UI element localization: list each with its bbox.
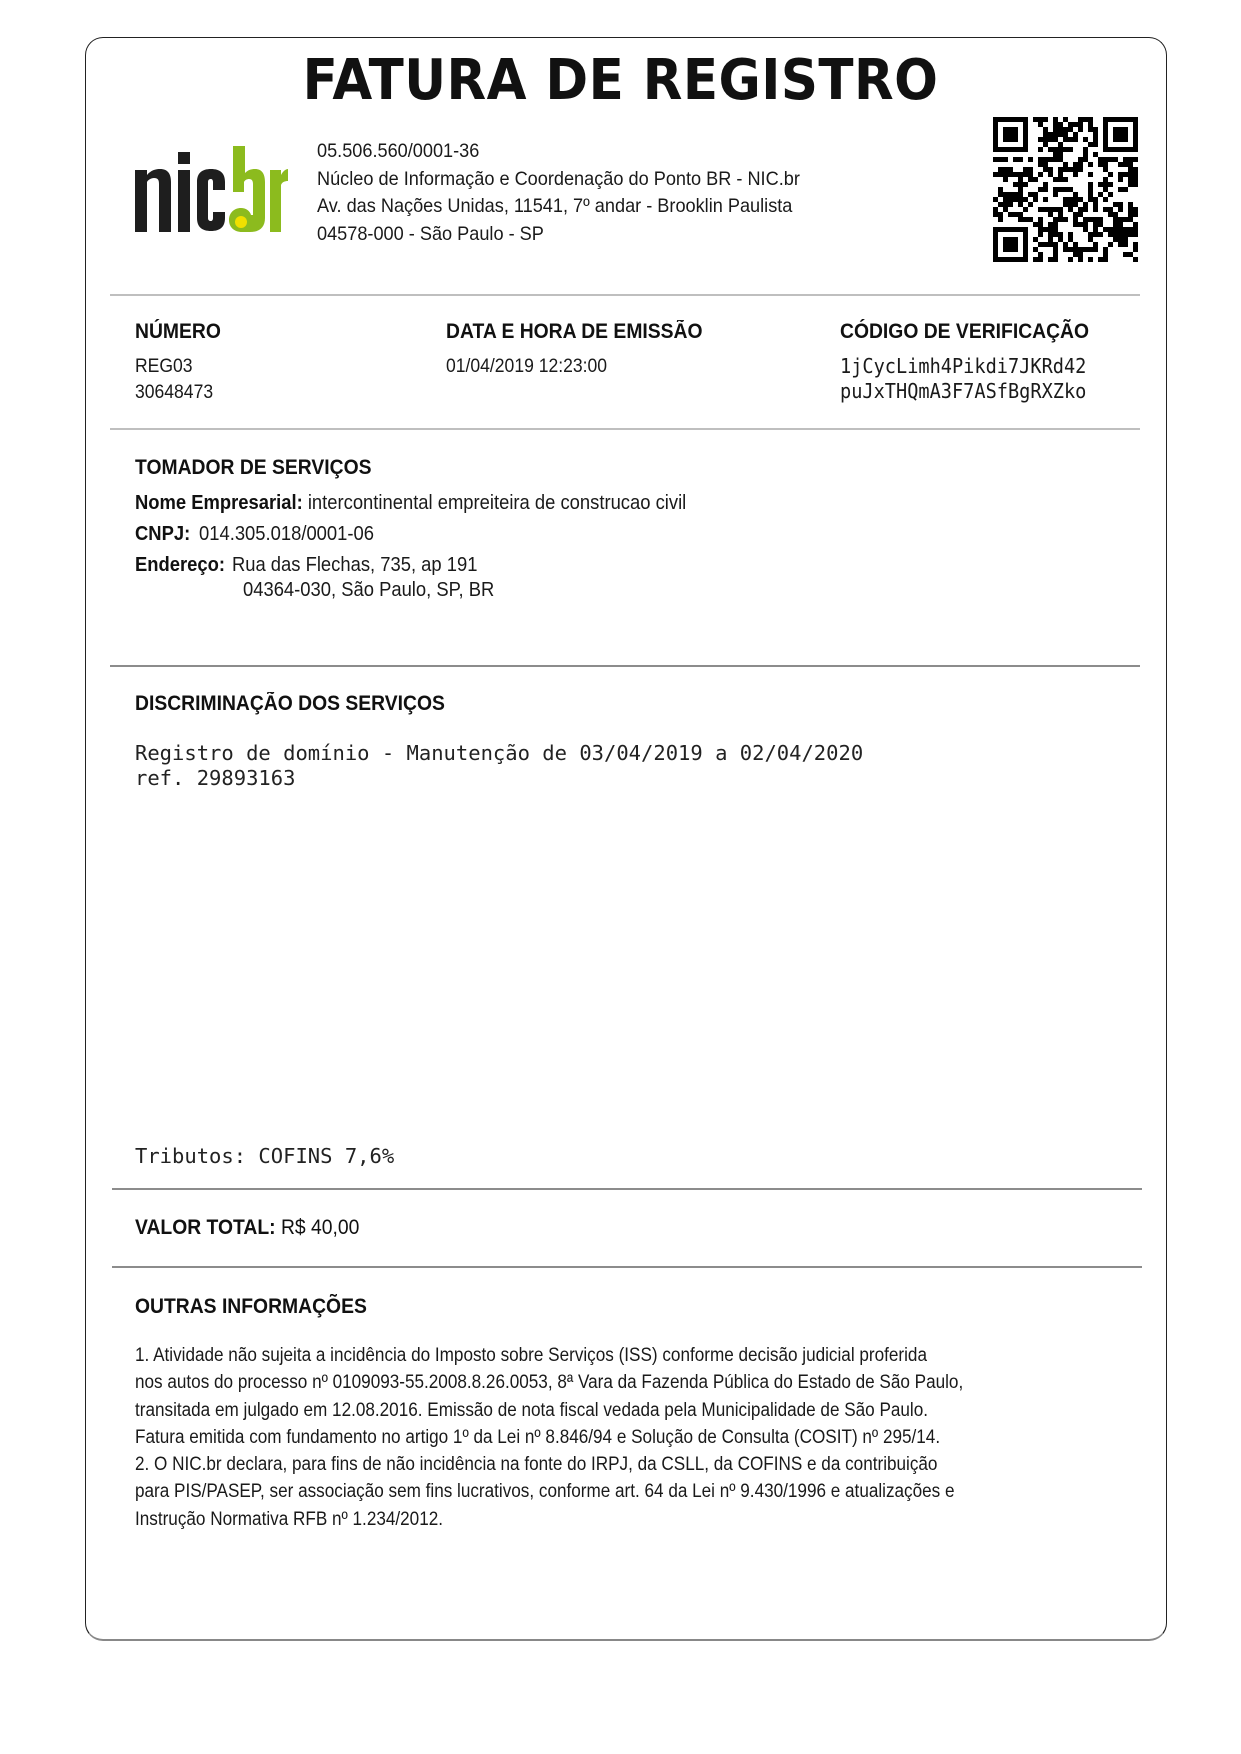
- divider: [110, 428, 1140, 430]
- outras-section-title: OUTRAS INFORMAÇÕES: [135, 1295, 367, 1319]
- codigo-value-line1: 1jCycLimh4Pikdi7JKRd42: [840, 354, 1086, 379]
- note-line: transitada em julgado em 12.08.2016. Emi…: [135, 1397, 1035, 1424]
- tomador-endereco: Endereço: Rua das Flechas, 735, ap 191: [135, 554, 477, 577]
- codigo-label: CÓDIGO DE VERIFICAÇÃO: [840, 320, 1089, 344]
- divider: [110, 294, 1140, 296]
- total-value: R$ 40,00: [281, 1216, 359, 1239]
- outras-informacoes-text: 1. Atividade não sujeita a incidência do…: [135, 1342, 1165, 1533]
- endereco-line2: 04364-030, São Paulo, SP, BR: [243, 579, 494, 602]
- issuer-info: 05.506.560/0001-36 Núcleo de Informação …: [317, 138, 836, 248]
- servico-line2: ref. 29893163: [135, 766, 295, 791]
- document-title: FATURA DE REGISTRO: [50, 46, 1192, 116]
- endereco-label: Endereço:: [135, 554, 225, 576]
- issuer-cnpj: 05.506.560/0001-36: [317, 138, 800, 166]
- numero-value-line2: 30648473: [135, 380, 213, 406]
- note-line: para PIS/PASEP, ser associação sem fins …: [135, 1478, 1035, 1505]
- note-line: nos autos do processo nº 0109093-55.2008…: [135, 1369, 1035, 1396]
- tomador-section-title: TOMADOR DE SERVIÇOS: [135, 456, 372, 480]
- endereco-line1: Rua das Flechas, 735, ap 191: [232, 554, 478, 576]
- divider: [110, 665, 1140, 667]
- numero-label: NÚMERO: [135, 320, 221, 344]
- cnpj-value: 014.305.018/0001-06: [199, 523, 374, 545]
- note-line: Instrução Normativa RFB nº 1.234/2012.: [135, 1506, 1035, 1533]
- valor-total: VALOR TOTAL: R$ 40,00: [135, 1216, 359, 1240]
- tomador-nome: Nome Empresarial: intercontinental empre…: [135, 492, 686, 515]
- codigo-value-line2: puJxTHQmA3F7ASfBgRXZko: [840, 379, 1086, 404]
- numero-value-line1: REG03: [135, 354, 193, 380]
- cnpj-label: CNPJ:: [135, 523, 190, 545]
- servicos-section-title: DISCRIMINAÇÃO DOS SERVIÇOS: [135, 692, 445, 716]
- issuer-name: Núcleo de Informação e Coordenação do Po…: [317, 166, 800, 194]
- servico-line1: Registro de domínio - Manutenção de 03/0…: [135, 741, 863, 766]
- tomador-cnpj: CNPJ: 014.305.018/0001-06: [135, 523, 374, 546]
- nome-value: intercontinental empreiteira de construc…: [308, 492, 686, 514]
- note-line: 2. O NIC.br declara, para fins de não in…: [135, 1451, 1035, 1478]
- issuer-city: 04578-000 - São Paulo - SP: [317, 221, 800, 249]
- qr-code: [993, 117, 1138, 262]
- nome-label: Nome Empresarial:: [135, 492, 303, 514]
- issuer-address: Av. das Nações Unidas, 11541, 7º andar -…: [317, 193, 800, 221]
- note-line: Fatura emitida com fundamento no artigo …: [135, 1424, 1035, 1451]
- divider: [112, 1266, 1142, 1268]
- tributos: Tributos: COFINS 7,6%: [135, 1144, 394, 1169]
- note-line: 1. Atividade não sujeita a incidência do…: [135, 1342, 1035, 1369]
- emissao-value: 01/04/2019 12:23:00: [446, 354, 607, 380]
- emissao-label: DATA E HORA DE EMISSÃO: [446, 320, 703, 344]
- total-label: VALOR TOTAL:: [135, 1216, 276, 1239]
- divider: [112, 1188, 1142, 1190]
- nic-br-logo: [133, 140, 288, 240]
